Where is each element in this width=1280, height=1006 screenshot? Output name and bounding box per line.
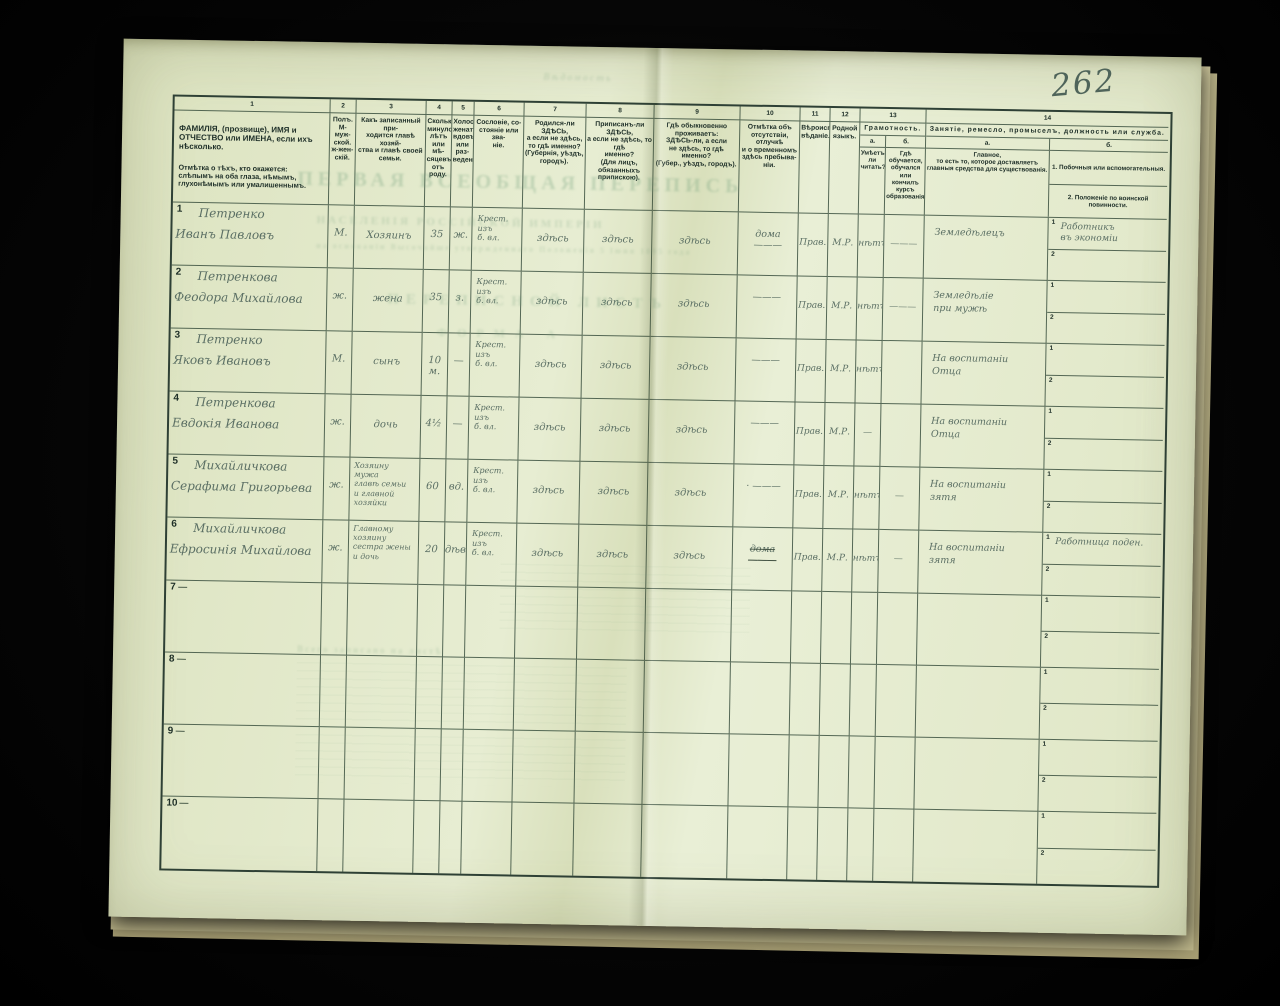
cell-marital: вд.: [445, 459, 468, 522]
ghost-top-note: Вѣдомость: [543, 72, 613, 84]
row-number: 10: [166, 798, 188, 809]
cell-name: 5 Михайличкова Серафима Григорьева: [167, 455, 324, 521]
cell-age: 35: [423, 270, 450, 333]
cell-side-occupation: 1 2: [1044, 407, 1163, 472]
cell-absence: [727, 806, 788, 879]
cell-marital: з.: [449, 270, 472, 333]
cell-estate: [464, 658, 515, 731]
cell-age: 4½: [420, 396, 447, 459]
row-number: 7: [170, 582, 187, 593]
cell-relation: [344, 728, 415, 801]
cell-born-here: здѣсь: [516, 524, 579, 588]
cell-occupation: На воспитаніи зятя: [918, 531, 1043, 596]
col-number: 7: [524, 103, 586, 118]
cell-marital: [443, 585, 466, 657]
side-occupation-text: [1047, 312, 1165, 318]
cell-sex: [319, 727, 346, 799]
header-absence: Отмѣтка объ отсутствіи, отлучкѣ и о врем…: [739, 120, 801, 213]
cell-age: 60: [419, 459, 446, 522]
cell-born-here: здѣсь: [518, 398, 581, 462]
cell-absence: [728, 734, 789, 807]
cell-marital: [442, 657, 465, 729]
row-number: 2: [176, 267, 182, 278]
cell-can-read: [851, 592, 878, 664]
cell-resides: здѣсь: [650, 337, 737, 401]
cell-resides: здѣсь: [647, 463, 734, 527]
cell-born-here: здѣсь: [521, 272, 584, 336]
cell-born-here: [512, 731, 575, 804]
cell-estate: [461, 802, 512, 875]
side-occupation-1: 1: [1047, 281, 1166, 315]
sub-label-2: 2: [1046, 565, 1050, 572]
census-sheet: Вѣдомость ПЕРВАЯ ВСЕОБЩАЯ ПЕРЕПИСЬ НАСЕЛ…: [108, 39, 1201, 936]
side-occupation-text: [1043, 564, 1161, 570]
sub-label-2: 2: [1044, 633, 1048, 640]
header-main-occupation: Главное, то есть то, которое доставляетъ…: [925, 149, 1050, 217]
cell-resides: [641, 805, 728, 878]
header-side-occupation-2: 2. Положеніе по воинской повинности.: [1049, 184, 1168, 219]
row-number: 3: [174, 330, 180, 341]
cell-religion: Прав.: [793, 465, 824, 529]
cell-education: [877, 593, 918, 666]
side-occupation-2: 2: [1048, 249, 1167, 282]
cell-registered-here: здѣсь: [578, 525, 647, 589]
cell-relation: жена: [353, 269, 424, 333]
cell-side-occupation: 1 2: [1037, 812, 1156, 886]
header-marital: Холостъ, женатъ, вдовъ или раз- веденъ.: [451, 115, 475, 207]
header-resides: Гдѣ обыкновенно проживаетъ: ЗДѢСЬ-ли, а …: [653, 119, 741, 212]
cell-sex: ж.: [327, 268, 354, 331]
sub-label-1: 1: [1043, 741, 1047, 748]
cell-relation: Хозяину мужа главѣ семьи и главной хозяй…: [349, 458, 420, 522]
cell-language: [820, 664, 851, 737]
cell-occupation: На воспитаніи Отца: [921, 342, 1046, 407]
cell-registered-here: здѣсь: [579, 462, 648, 526]
cell-occupation: [917, 594, 1042, 668]
header-side-occupation: 1. Побочныя или вспомогательныя. 2. Поло…: [1049, 151, 1168, 219]
header-side-occupation-1: 1. Побочныя или вспомогательныя.: [1049, 151, 1168, 187]
cell-education: —: [879, 467, 920, 531]
cell-religion: Прав.: [798, 213, 829, 277]
cell-registered-here: здѣсь: [583, 273, 652, 337]
cell-sex: ж.: [322, 520, 349, 583]
col-number: 11: [800, 107, 830, 122]
col-number: 3: [356, 100, 426, 115]
given-name: Иванъ Павловъ: [172, 220, 327, 244]
cell-born-here: здѣсь: [517, 461, 580, 525]
cell-born-here: [511, 803, 574, 876]
side-occupation-1: 1: [1038, 812, 1157, 851]
side-occupation-2: 2: [1037, 848, 1156, 886]
cell-age: 35: [424, 207, 451, 270]
cell-education: [876, 665, 917, 738]
side-occupation-1: 1: [1039, 740, 1158, 778]
row-number: 1: [177, 204, 183, 215]
sub-label-1: 1: [1051, 282, 1055, 289]
side-occupation-2: 2: [1042, 564, 1161, 597]
row-number: 5: [172, 456, 178, 467]
cell-language: М.Р.: [828, 214, 859, 278]
header-name-note: Отмѣтка о тѣхъ, кто окажется: слѣпымъ на…: [178, 164, 323, 191]
cell-resides: здѣсь: [648, 400, 735, 464]
cell-estate: [465, 586, 516, 659]
cell-language: [821, 592, 852, 665]
header-name-main: ФАМИЛІЯ, (прозвище), ИМЯ и ОТЧЕСТВО или …: [179, 124, 324, 154]
cell-age: [416, 657, 443, 729]
cell-side-occupation: 1 Работница поден. 2: [1042, 533, 1161, 598]
cell-registered-here: здѣсь: [582, 336, 651, 400]
cell-can-read: нѣтъ: [857, 278, 884, 341]
cell-religion: Прав.: [792, 528, 823, 592]
cell-relation: [346, 656, 417, 729]
cell-absence: ———: [737, 275, 798, 339]
cell-occupation: На воспитаніи зятя: [919, 468, 1044, 533]
col-number: 8: [586, 104, 654, 119]
sub-label-1: 1: [1049, 345, 1053, 352]
header-literacy-group: Грамотность. а. б. Умѣетъ- ли читать? Гд…: [859, 123, 927, 216]
cell-name: 3 Петренко Яковъ Ивановъ: [170, 329, 327, 395]
cell-registered-here: здѣсь: [580, 399, 649, 463]
col-number: 6: [474, 102, 524, 117]
sub-label-1: 1: [1048, 408, 1052, 415]
header-age: Сколько минуло лѣтъ или мѣ- сяцевъ отъ р…: [425, 115, 453, 207]
handwritten-page-number: 262: [1050, 63, 1118, 105]
cell-can-read: [848, 736, 875, 808]
header-literacy-a-letter: а.: [860, 136, 886, 147]
cell-language: М.Р.: [822, 529, 853, 593]
cell-estate: Крест. изъ б. вл.: [470, 334, 521, 398]
cell-language: М.Р.: [825, 340, 856, 404]
cell-side-occupation: 1 2: [1041, 596, 1160, 670]
cell-marital: дѣв.: [444, 522, 467, 585]
cell-absence: [731, 590, 792, 663]
header-registered-here: Приписанъ-ли ЗДѢСЬ, а если не здѣсь, то …: [585, 118, 655, 211]
cell-relation: Главному хозяину сестра жены и дочь: [348, 521, 419, 585]
col-number: 10: [740, 106, 800, 121]
row-number: 9: [168, 726, 185, 737]
side-occupation-1: 1: [1045, 407, 1164, 441]
cell-age: [414, 729, 441, 801]
sub-label-1: 1: [1045, 597, 1049, 604]
side-occupation-1: 1: [1046, 344, 1165, 378]
cell-side-occupation: 1 2: [1045, 344, 1164, 409]
cell-language: [818, 736, 849, 809]
cell-can-read: [850, 664, 877, 736]
col-number: 13: [860, 109, 926, 124]
cell-can-read: нѣтъ: [852, 529, 879, 592]
side-occupation-2: 2: [1041, 632, 1160, 669]
sub-label-2: 2: [1042, 777, 1046, 784]
cell-language: М.Р.: [824, 403, 855, 467]
cell-estate: Крест. изъ б. вл.: [472, 208, 523, 272]
cell-marital: [439, 801, 462, 873]
cell-registered-here: [577, 588, 646, 661]
cell-occupation: Земледѣлецъ: [924, 216, 1049, 281]
given-name: Евдокія Иванова: [169, 409, 324, 433]
given-name: Яковъ Ивановъ: [170, 346, 325, 370]
cell-born-here: [514, 659, 577, 732]
side-occupation-text: [1044, 501, 1162, 507]
sub-label-2: 2: [1047, 502, 1051, 509]
header-born-here: Родился-ли ЗДѢСЬ, а если не здѣсь, то гд…: [523, 117, 587, 210]
cell-side-occupation: 1 2: [1043, 470, 1162, 535]
cell-religion: [787, 807, 818, 880]
cell-absence: ———: [734, 401, 795, 465]
cell-marital: —: [446, 396, 469, 459]
cell-absence: · ———: [733, 464, 794, 528]
side-occupation-text: [1048, 249, 1166, 255]
cell-religion: Прав.: [794, 402, 825, 466]
cell-can-read: нѣтъ: [855, 340, 882, 403]
side-occupation-text: [1044, 470, 1162, 476]
cell-age: 20: [418, 522, 445, 585]
side-occupation-1: 1 Работникъ въ экономіи: [1048, 218, 1167, 252]
header-literacy-b-letter: б.: [886, 136, 926, 148]
header-occupation-a-letter: а.: [926, 137, 1050, 150]
cell-language: [817, 808, 848, 881]
cell-name: 8: [164, 652, 321, 727]
side-occupation-text: [1046, 375, 1164, 381]
sub-label-2: 2: [1049, 376, 1053, 383]
cell-absence: ———: [736, 338, 797, 402]
side-occupation-2: 2: [1044, 438, 1163, 471]
sub-label-1: 1: [1044, 669, 1048, 676]
side-occupation-text: Работникъ въ экономіи: [1048, 218, 1166, 245]
header-sex: Полъ. М-муж- ской. ж-жен- скій.: [329, 113, 357, 205]
cell-education: —: [878, 530, 919, 594]
col-number: 5: [452, 101, 474, 115]
header-estate: Сословіе, со- стояніе или зва- ніе.: [473, 116, 525, 209]
cell-registered-here: здѣсь: [584, 210, 653, 274]
cell-religion: Прав.: [797, 276, 828, 340]
header-literacy-letters: а. б.: [860, 136, 925, 149]
cell-born-here: [515, 587, 578, 660]
cell-sex: [321, 583, 348, 655]
cell-estate: [462, 730, 513, 803]
cell-resides: здѣсь: [646, 526, 733, 590]
cell-resides: [645, 589, 732, 662]
cell-can-read: [847, 808, 874, 880]
side-occupation-text: [1046, 344, 1164, 350]
sub-label-1: 1: [1047, 471, 1051, 478]
sub-label-2: 2: [1051, 250, 1055, 257]
cell-relation: [343, 800, 414, 873]
side-occupation-2: 2: [1043, 501, 1162, 534]
cell-side-occupation: 1 2: [1047, 281, 1166, 346]
side-occupation-1: 1: [1042, 596, 1161, 634]
header-can-read: Умѣетъ- ли читать?: [859, 148, 886, 214]
cell-name: 9: [163, 724, 320, 799]
side-occupation-text: [1045, 438, 1163, 444]
cell-name: 10: [161, 796, 318, 871]
given-name: Феодора Михайлова: [171, 283, 326, 307]
cell-occupation: На воспитаніи Отца: [920, 405, 1045, 470]
cell-sex: М.: [328, 205, 355, 268]
sub-label-2: 2: [1041, 849, 1045, 856]
col-number: 4: [426, 101, 452, 115]
cell-language: М.Р.: [827, 277, 858, 341]
cell-age: 10 м.: [422, 333, 449, 396]
cell-estate: Крест. изъ б. вл.: [471, 271, 522, 335]
header-occupation-b-letter: б.: [1050, 139, 1168, 152]
cell-relation: сынъ: [352, 332, 423, 396]
sub-label-1: 1: [1041, 813, 1045, 820]
cell-side-occupation: 1 2: [1038, 740, 1157, 814]
cell-can-read: нѣтъ: [853, 466, 880, 529]
cell-religion: [791, 591, 822, 664]
cell-age: [413, 801, 440, 873]
cell-sex: [320, 655, 347, 727]
cell-resides: здѣсь: [651, 274, 738, 338]
cell-occupation: [914, 738, 1039, 812]
cell-absence: [730, 662, 791, 735]
header-occupation-group: Занятіе, ремесло, промыселъ, должность и…: [925, 124, 1169, 220]
cell-occupation: Земледѣліе при мужѣ: [923, 279, 1048, 344]
cell-relation: [347, 584, 418, 657]
cell-can-read: —: [854, 403, 881, 466]
cell-sex: ж.: [324, 394, 351, 457]
cell-name: 1 Петренко Иванъ Павловъ: [172, 203, 329, 269]
census-table: 1 2 3 4 5 6 7 8 9 10 11 12 13 14 ФАМИЛІЯ…: [159, 95, 1172, 888]
cell-occupation: [913, 810, 1038, 884]
cell-sex: [317, 799, 344, 871]
header-literacy-body: Умѣетъ- ли читать? Гдѣ обучается, обучал…: [859, 148, 925, 215]
cell-education: [880, 404, 921, 468]
cell-sex: ж.: [323, 457, 350, 520]
cell-absence: дома ———: [732, 527, 793, 591]
side-occupation-1: 1: [1040, 668, 1159, 706]
given-name: Серафима Григорьева: [168, 472, 323, 496]
header-language: Родной языкъ.: [829, 122, 861, 215]
cell-resides: [644, 661, 731, 734]
col-number: 9: [654, 105, 740, 120]
cell-sex: М.: [326, 331, 353, 394]
side-occupation-2: 2: [1045, 375, 1164, 408]
header-literacy-title: Грамотность.: [860, 123, 925, 137]
sub-label-2: 2: [1048, 439, 1052, 446]
cell-side-occupation: 1 Работникъ въ экономіи 2: [1048, 218, 1167, 283]
side-occupation-text: [1045, 407, 1163, 413]
col-number: 12: [830, 108, 860, 123]
cell-education: [874, 737, 915, 810]
cell-born-here: здѣсь: [522, 209, 585, 273]
side-occupation-text: Работница поден.: [1043, 533, 1161, 550]
cell-marital: —: [448, 333, 471, 396]
sub-label-1: 1: [1052, 219, 1056, 226]
side-occupation-2: 2: [1047, 312, 1166, 345]
cell-education: [881, 341, 922, 405]
cell-side-occupation: 1 2: [1040, 668, 1159, 742]
cell-education: ———: [884, 215, 925, 279]
cell-occupation: [916, 666, 1041, 740]
side-occupation-1: 1 Работница поден.: [1043, 533, 1162, 567]
cell-resides: [642, 733, 729, 806]
cell-registered-here: [574, 732, 643, 805]
header-occupation-body: Главное, то есть то, которое доставляетъ…: [925, 149, 1168, 219]
cell-can-read: нѣтъ: [858, 215, 885, 278]
side-occupation-1: 1: [1044, 470, 1163, 504]
header-name-col: ФАМИЛІЯ, (прозвище), ИМЯ и ОТЧЕСТВО или …: [173, 111, 331, 206]
cell-name: 2 Петренкова Феодора Михайлова: [171, 266, 328, 332]
col-number: 2: [330, 99, 356, 113]
cell-name: 7: [165, 580, 322, 655]
cell-name: 4 Петренкова Евдокія Иванова: [168, 392, 325, 458]
sub-label-2: 2: [1050, 313, 1054, 320]
cell-religion: [790, 663, 821, 736]
given-name: Ефросинія Михайлова: [167, 534, 322, 558]
cell-marital: ж.: [450, 207, 473, 270]
cell-born-here: здѣсь: [520, 335, 583, 399]
cell-estate: Крест. изъ б. вл.: [466, 523, 517, 587]
cell-name: 6 Михайличкова Ефросинія Михайлова: [166, 517, 323, 583]
cell-education: ———: [883, 278, 924, 342]
cell-registered-here: [573, 804, 642, 877]
sub-label-2: 2: [1043, 705, 1047, 712]
cell-marital: [440, 729, 463, 801]
row-number: 4: [173, 393, 179, 404]
cell-religion: Прав.: [795, 339, 826, 403]
side-occupation-2: 2: [1038, 776, 1157, 813]
header-row: ФАМИЛІЯ, (прозвище), ИМЯ и ОТЧЕСТВО или …: [173, 111, 1170, 220]
cell-education: [873, 809, 914, 882]
cell-religion: [788, 735, 819, 808]
side-occupation-2: 2: [1040, 704, 1159, 741]
cell-registered-here: [576, 660, 645, 733]
header-religion: Вѣроиспо- вѣданіе.: [799, 121, 831, 214]
sub-label-1: 1: [1046, 534, 1050, 541]
cell-language: М.Р.: [823, 466, 854, 530]
cell-age: [417, 585, 444, 657]
header-education: Гдѣ обучается, обучался или кончилъ курс…: [885, 148, 926, 215]
header-relation: Какъ записанный при- ходится главѣ хозяй…: [355, 114, 427, 207]
row-number: 6: [171, 519, 177, 530]
cell-resides: здѣсь: [652, 211, 739, 275]
cell-relation: Хозяинъ: [354, 206, 425, 270]
side-occupation-text: [1048, 281, 1166, 287]
cell-absence: дома ———: [738, 212, 799, 276]
cell-estate: Крест. изъ б. вл.: [467, 460, 518, 524]
cell-relation: дочь: [350, 395, 421, 459]
row-number: 8: [169, 654, 186, 665]
cell-estate: Крест. изъ б. вл.: [468, 397, 519, 461]
